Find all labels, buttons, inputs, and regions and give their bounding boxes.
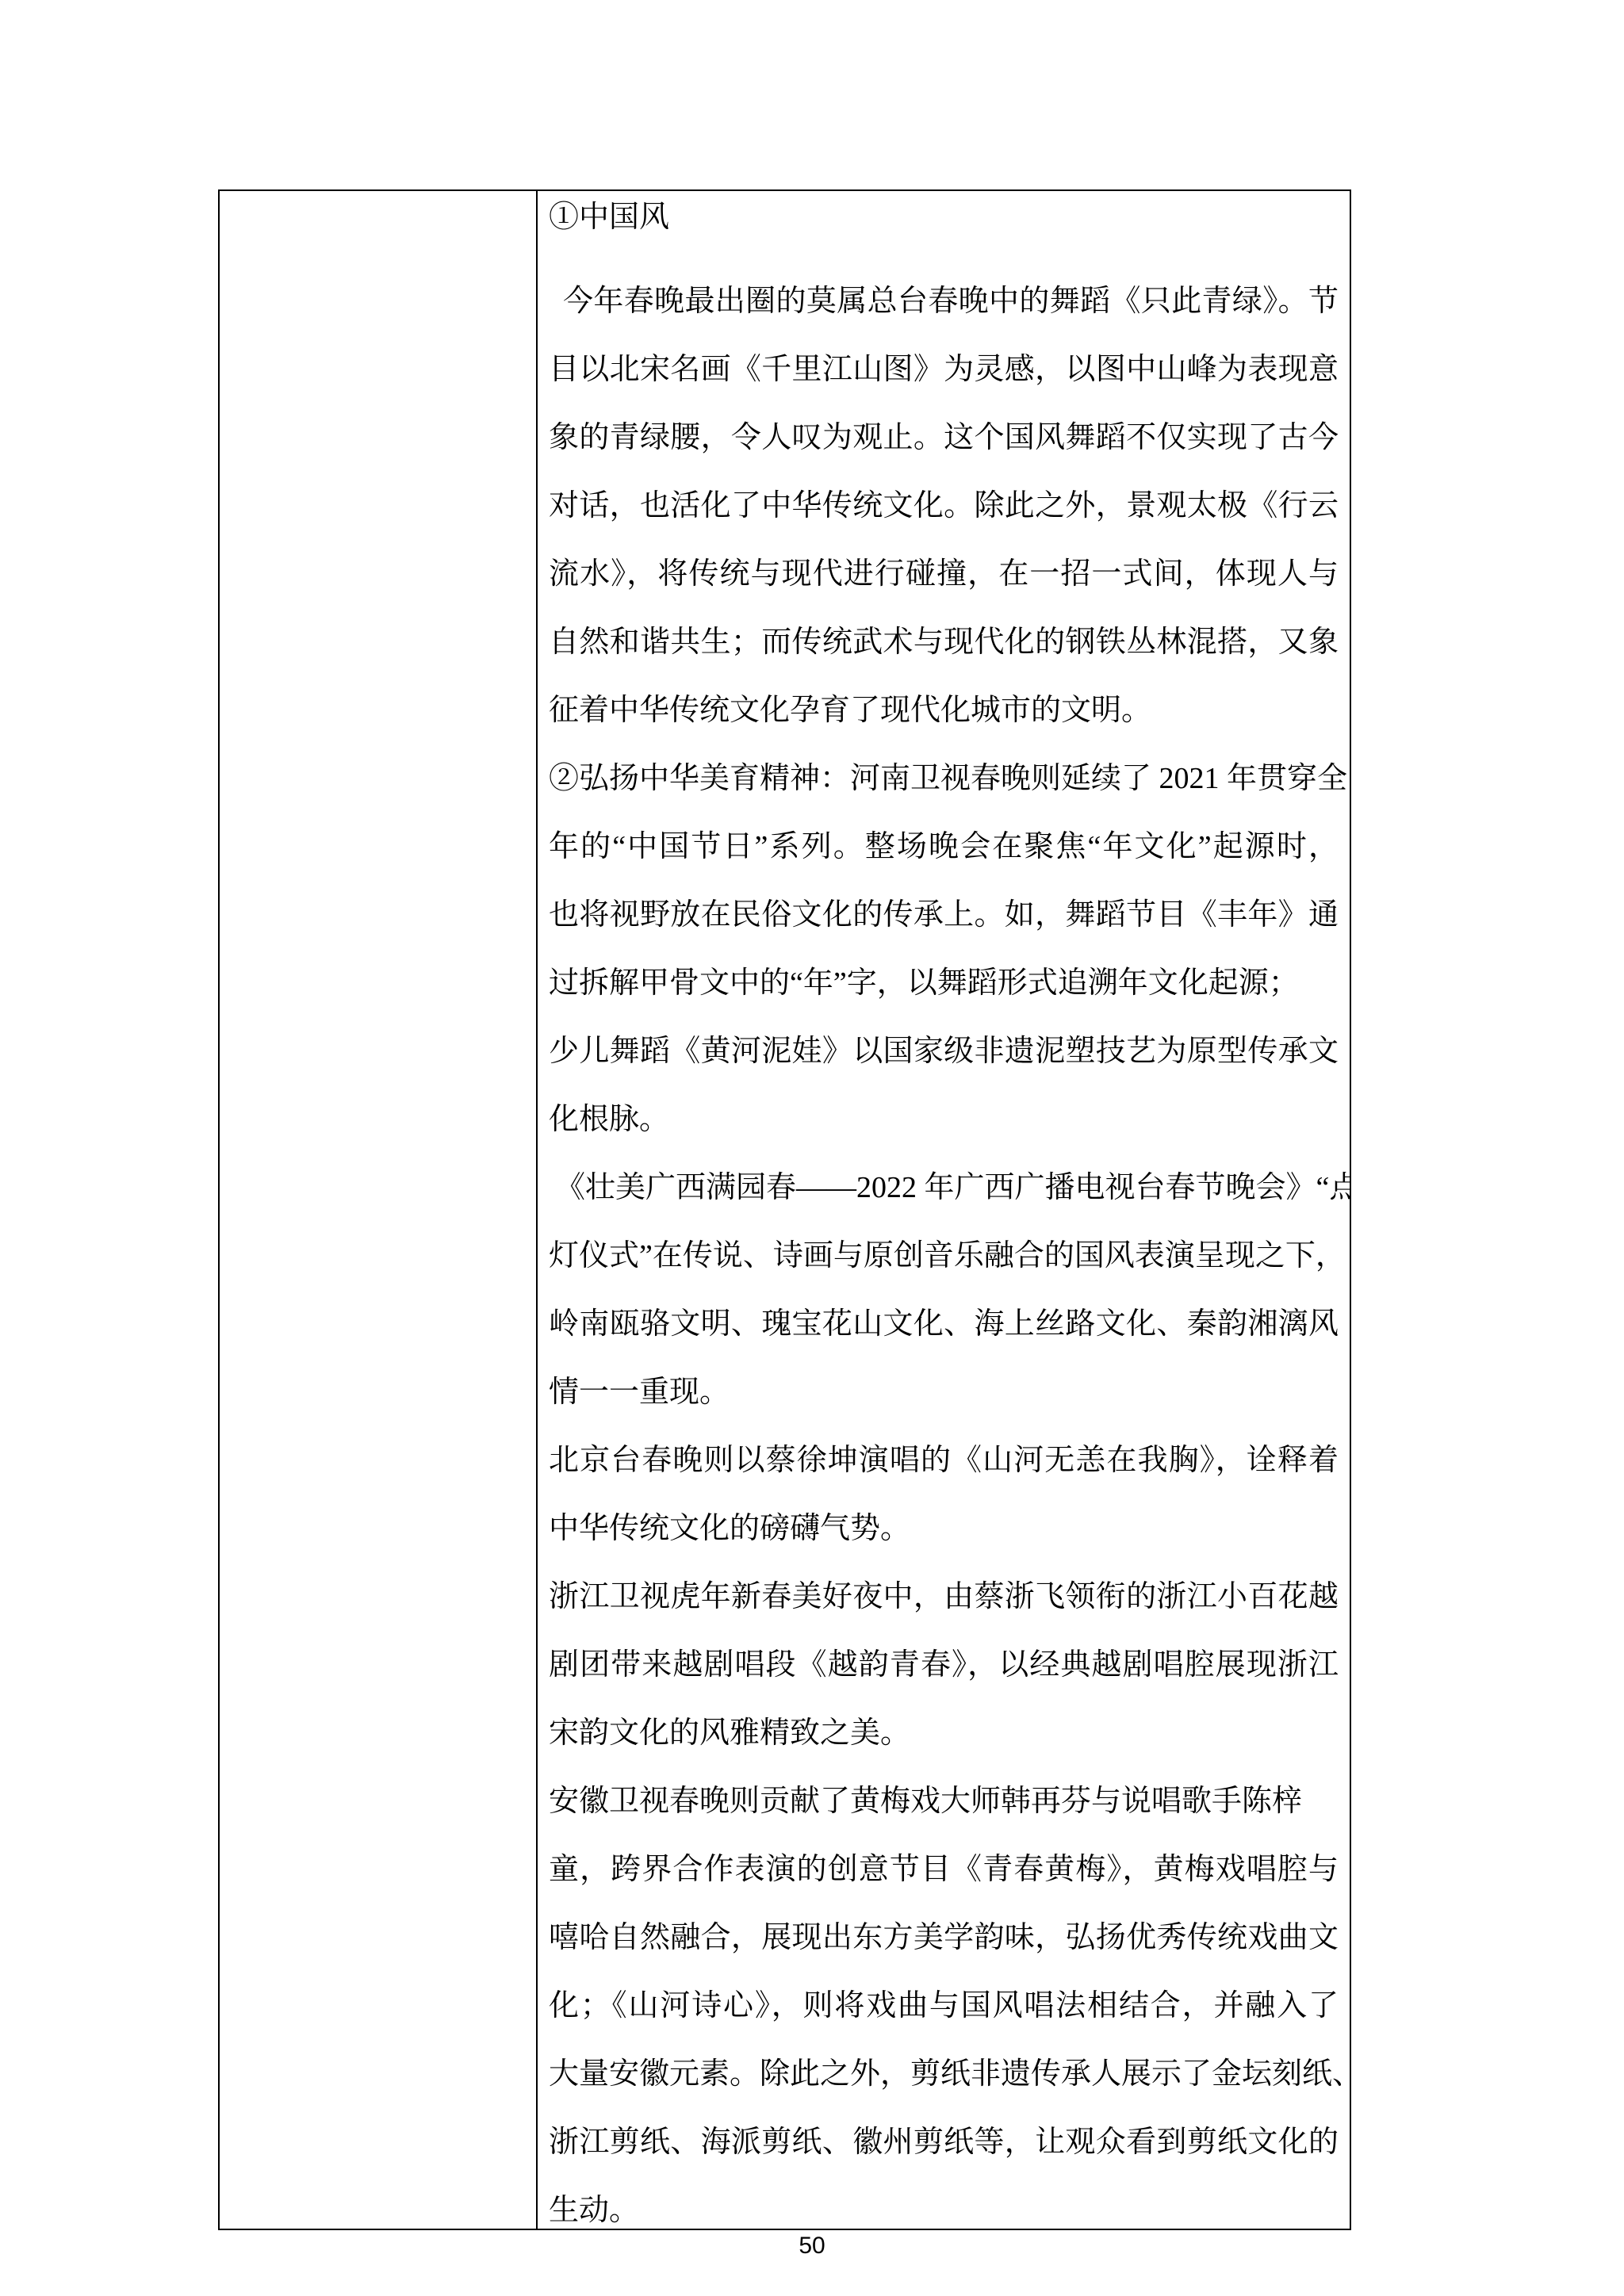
text-line: ②弘扬中华美育精神：河南卫视春晚则延续了 2021 年贯穿全 xyxy=(549,744,1339,813)
text-line: 自然和谐共生；而传统武术与现代化的钢铁丛林混搭，又象 xyxy=(549,608,1339,676)
text-line: 年的“中国节日”系列。整场晚会在聚焦“年文化”起源时， xyxy=(549,813,1339,881)
text-line: 化；《山河诗心》，则将戏曲与国风唱法相结合，并融入了 xyxy=(549,1972,1339,2040)
text-line: 中华传统文化的磅礴气势。 xyxy=(549,1494,1339,1563)
text-line: 灯仪式”在传说、诗画与原创音乐融合的国风表演呈现之下， xyxy=(549,1222,1339,1290)
text-line: ①中国风 xyxy=(549,193,1339,242)
text-line: 剧团带来越剧唱段《越韵青春》，以经典越剧唱腔展现浙江 xyxy=(549,1631,1339,1699)
paragraph-spacer xyxy=(549,242,1339,267)
text-line: 浙江卫视虎年新春美好夜中，由蔡浙飞领衔的浙江小百花越 xyxy=(549,1563,1339,1631)
text-line: 今年春晚最出圈的莫属总台春晚中的舞蹈《只此青绿》。节 xyxy=(549,267,1339,335)
text-line: 北京台春晚则以蔡徐坤演唱的《山河无恙在我胸》，诠释着 xyxy=(549,1426,1339,1494)
text-line: 生动。 xyxy=(549,2176,1339,2229)
text-line: 《壮美广西满园春——2022 年广西广播电视台春节晚会》“点 xyxy=(549,1154,1339,1222)
text-line: 象的青绿腰，令人叹为观止。这个国风舞蹈不仅实现了古今 xyxy=(549,404,1339,472)
text-line: 对话，也活化了中华传统文化。除此之外，景观太极《行云 xyxy=(549,472,1339,540)
text-line: 目以北宋名画《千里江山图》为灵感，以图中山峰为表现意 xyxy=(549,335,1339,404)
text-line: 化根脉。 xyxy=(549,1085,1339,1154)
document-page: ①中国风 今年春晚最出圈的莫属总台春晚中的舞蹈《只此青绿》。节 目以北宋名画《千… xyxy=(0,0,1624,2296)
text-line: 少儿舞蹈《黄河泥娃》以国家级非遗泥塑技艺为原型传承文 xyxy=(549,1017,1339,1085)
document-table: ①中国风 今年春晚最出圈的莫属总台春晚中的舞蹈《只此青绿》。节 目以北宋名画《千… xyxy=(218,189,1351,2230)
text-line: 童，跨界合作表演的创意节目《青春黄梅》，黄梅戏唱腔与 xyxy=(549,1835,1339,1904)
text-line: 情一一重现。 xyxy=(549,1358,1339,1426)
table-cell-text: ①中国风 今年春晚最出圈的莫属总台春晚中的舞蹈《只此青绿》。节 目以北宋名画《千… xyxy=(538,191,1350,2229)
text-line: 岭南瓯骆文明、瑰宝花山文化、海上丝路文化、秦韵湘漓风 xyxy=(549,1290,1339,1358)
text-line: 也将视野放在民俗文化的传承上。如，舞蹈节目《丰年》通 xyxy=(549,881,1339,949)
text-line: 流水》，将传统与现代进行碰撞，在一招一式间，体现人与 xyxy=(549,540,1339,608)
text-line: 大量安徽元素。除此之外，剪纸非遗传承人展示了金坛刻纸、 xyxy=(549,2040,1339,2108)
text-line: 过拆解甲骨文中的“年”字，以舞蹈形式追溯年文化起源； xyxy=(549,949,1339,1017)
text-line: 安徽卫视春晚则贡献了黄梅戏大师韩再芬与说唱歌手陈梓 xyxy=(549,1767,1339,1835)
page-number: 50 xyxy=(0,2233,1624,2260)
text-line: 嘻哈自然融合，展现出东方美学韵味，弘扬优秀传统戏曲文 xyxy=(549,1904,1339,1972)
table-cell-empty xyxy=(220,191,538,2229)
text-line: 征着中华传统文化孕育了现代化城市的文明。 xyxy=(549,676,1339,744)
text-line: 宋韵文化的风雅精致之美。 xyxy=(549,1699,1339,1767)
text-line: 浙江剪纸、海派剪纸、徽州剪纸等，让观众看到剪纸文化的 xyxy=(549,2108,1339,2176)
